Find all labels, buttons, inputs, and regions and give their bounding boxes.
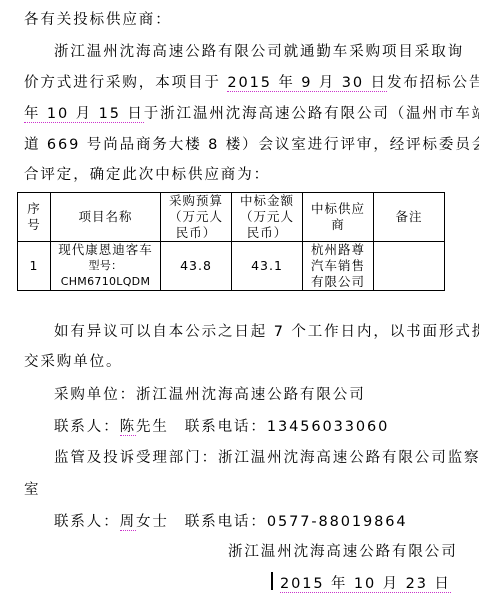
signature-date-line: 2015 年 10 月 23 日: [280, 575, 451, 593]
project-name-line1: 现代康恩迪客车: [53, 242, 158, 258]
header-index: 序号: [18, 193, 51, 242]
paragraph1-line5: 合评定，确定此次中标供应商为：: [24, 166, 270, 184]
supervision-line2: 室: [24, 481, 40, 499]
contact2-phone-label: 联系电话：: [185, 514, 267, 530]
text-cursor: [271, 572, 273, 590]
contact2-name-rest: 女士: [136, 514, 169, 530]
contact2-name-first: 周: [120, 514, 136, 531]
header-award-amount: 中标金额（万元人民币）: [232, 193, 303, 242]
paragraph1-line3-suffix: 于浙江温州沈海高速公路有限公司（温州市车站大: [144, 106, 479, 122]
contact1-phone-label: 联系电话：: [185, 419, 267, 435]
paragraph2-line2: 交采购单位。: [24, 353, 122, 371]
paragraph1-line2: 价方式进行采购，本项目于 2015 年 9 月 30 日发布招标公告，2015: [24, 74, 479, 92]
project-name-line2: 型号：CHM6710LQDM: [53, 258, 158, 290]
cell-index: 1: [18, 242, 51, 291]
award-table: 序号 项目名称 采购预算（万元人民币） 中标金额（万元人民币） 中标供应商 备注…: [17, 192, 445, 291]
header-remarks: 备注: [374, 193, 445, 242]
table-row: 1 现代康恩迪客车 型号：CHM6710LQDM 43.8 43.1 杭州路尊汽…: [18, 242, 445, 291]
signature-date: 2015 年 10 月 23 日: [280, 576, 451, 593]
cell-supplier: 杭州路尊汽车销售有限公司: [303, 242, 374, 291]
paragraph1-line1: 浙江温州沈海高速公路有限公司就通勤车采购项目采取询: [54, 43, 464, 61]
contact1-name-rest: 先生: [136, 419, 169, 435]
salutation: 各有关投标供应商：: [24, 11, 172, 29]
header-project-name: 项目名称: [51, 193, 161, 242]
cell-budget: 43.8: [161, 242, 232, 291]
purchaser-label: 采购单位：: [54, 387, 136, 403]
bid-announcement-date: 2015 年 9 月 30 日: [227, 75, 387, 92]
contact1-label: 联系人：: [54, 419, 120, 435]
contact2-label: 联系人：: [54, 514, 120, 530]
signature-company: 浙江温州沈海高速公路有限公司: [228, 543, 458, 561]
contact2-phone: 0577-88019864: [267, 514, 408, 530]
purchaser-value: 浙江温州沈海高速公路有限公司: [136, 387, 366, 403]
contact1-name-first: 陈: [120, 419, 136, 436]
paragraph2-line1: 如有异议可以自本公示之日起 7 个工作日内，以书面形式提: [54, 323, 479, 341]
paragraph1-line3: 年 10 月 15 日于浙江温州沈海高速公路有限公司（温州市车站大: [24, 105, 479, 123]
contact1-line: 联系人：陈先生联系电话：13456033060: [54, 418, 389, 436]
paragraph1-line2-middle: 发布招标公告，: [387, 75, 479, 91]
paragraph1-line2-prefix: 价方式进行采购，本项目于: [24, 75, 227, 91]
cell-project-name: 现代康恩迪客车 型号：CHM6710LQDM: [51, 242, 161, 291]
cell-award-amount: 43.1: [232, 242, 303, 291]
supervision-line1: 监管及投诉受理部门：浙江温州沈海高速公路有限公司监察: [54, 449, 479, 467]
header-budget: 采购预算（万元人民币）: [161, 193, 232, 242]
contact2-line: 联系人：周女士联系电话：0577-88019864: [54, 513, 407, 531]
table-header-row: 序号 项目名称 采购预算（万元人民币） 中标金额（万元人民币） 中标供应商 备注: [18, 193, 445, 242]
header-supplier: 中标供应商: [303, 193, 374, 242]
purchaser-line: 采购单位：浙江温州沈海高速公路有限公司: [54, 386, 366, 404]
evaluation-date: 年 10 月 15 日: [24, 106, 144, 123]
paragraph1-line4: 道 669 号尚品商务大楼 8 楼）会议室进行评审，经评标委员会综: [24, 136, 479, 154]
cell-remarks: [374, 242, 445, 291]
contact1-phone: 13456033060: [267, 419, 389, 435]
